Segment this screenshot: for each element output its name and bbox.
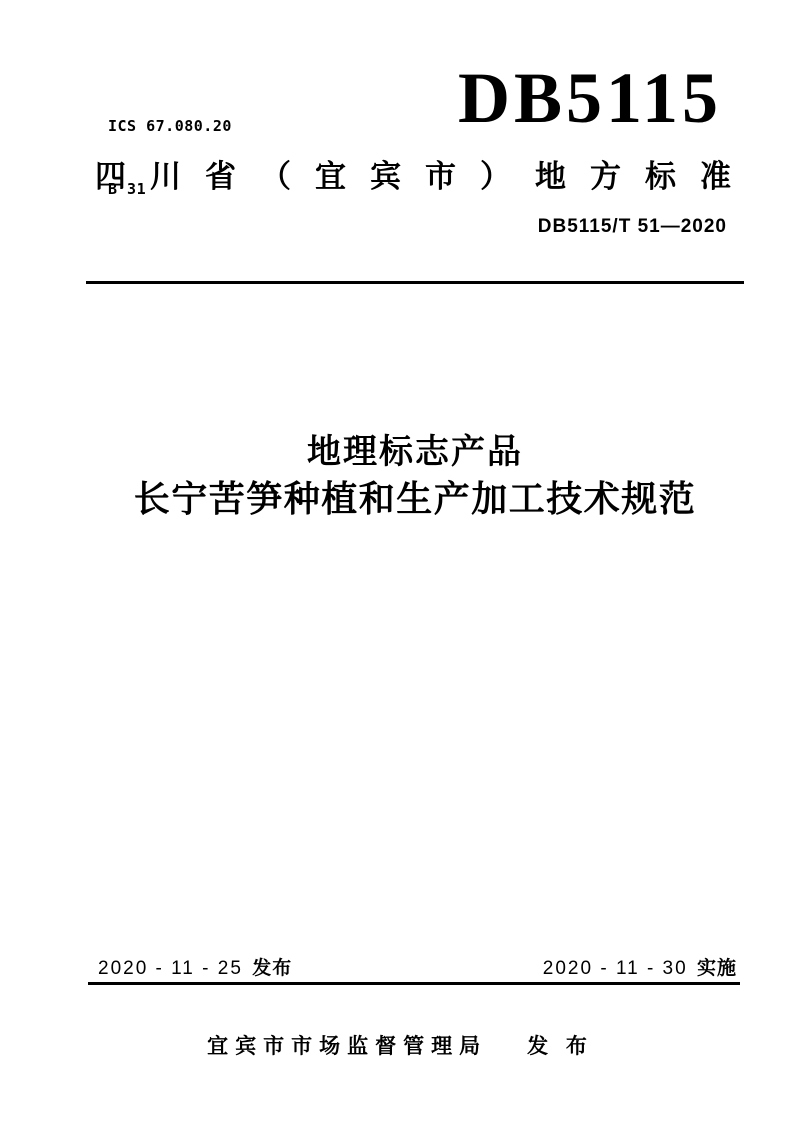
footer-rule xyxy=(88,982,740,985)
implementation-label: 实施 xyxy=(697,958,737,979)
standard-type-heading: 四川省（宜宾市）地方标准 xyxy=(95,157,775,197)
issue-label: 发布 xyxy=(252,958,292,979)
standard-number: DB5115/T 51—2020 xyxy=(538,216,727,238)
document-title-line2: 长宁苦笋种植和生产加工技术规范 xyxy=(60,474,770,524)
header-rule xyxy=(86,281,744,284)
document-title: 地理标志产品 长宁苦笋种植和生产加工技术规范 xyxy=(60,430,770,524)
issue-date: 2020 - 11 - 25 xyxy=(98,958,243,979)
implementation-date: 2020 - 11 - 30 xyxy=(543,958,688,979)
db-code-logo: DB5115 xyxy=(458,62,722,134)
dates-row: 2020 - 11 - 25 发布 2020 - 11 - 30 实施 xyxy=(98,957,737,981)
publisher-row: 宜宾市市场监督管理局 发 布 xyxy=(0,1033,800,1060)
publish-label: 发 布 xyxy=(527,1033,593,1060)
issue-date-group: 2020 - 11 - 25 发布 xyxy=(98,957,292,981)
standard-cover-page: ICS 67.080.20 B 31 DB5115 四川省（宜宾市）地方标准 D… xyxy=(0,0,800,1130)
document-title-line1: 地理标志产品 xyxy=(60,430,770,474)
implementation-date-group: 2020 - 11 - 30 实施 xyxy=(543,957,737,981)
ics-code: ICS 67.080.20 xyxy=(108,116,232,137)
publisher-name: 宜宾市市场监督管理局 xyxy=(207,1033,487,1060)
